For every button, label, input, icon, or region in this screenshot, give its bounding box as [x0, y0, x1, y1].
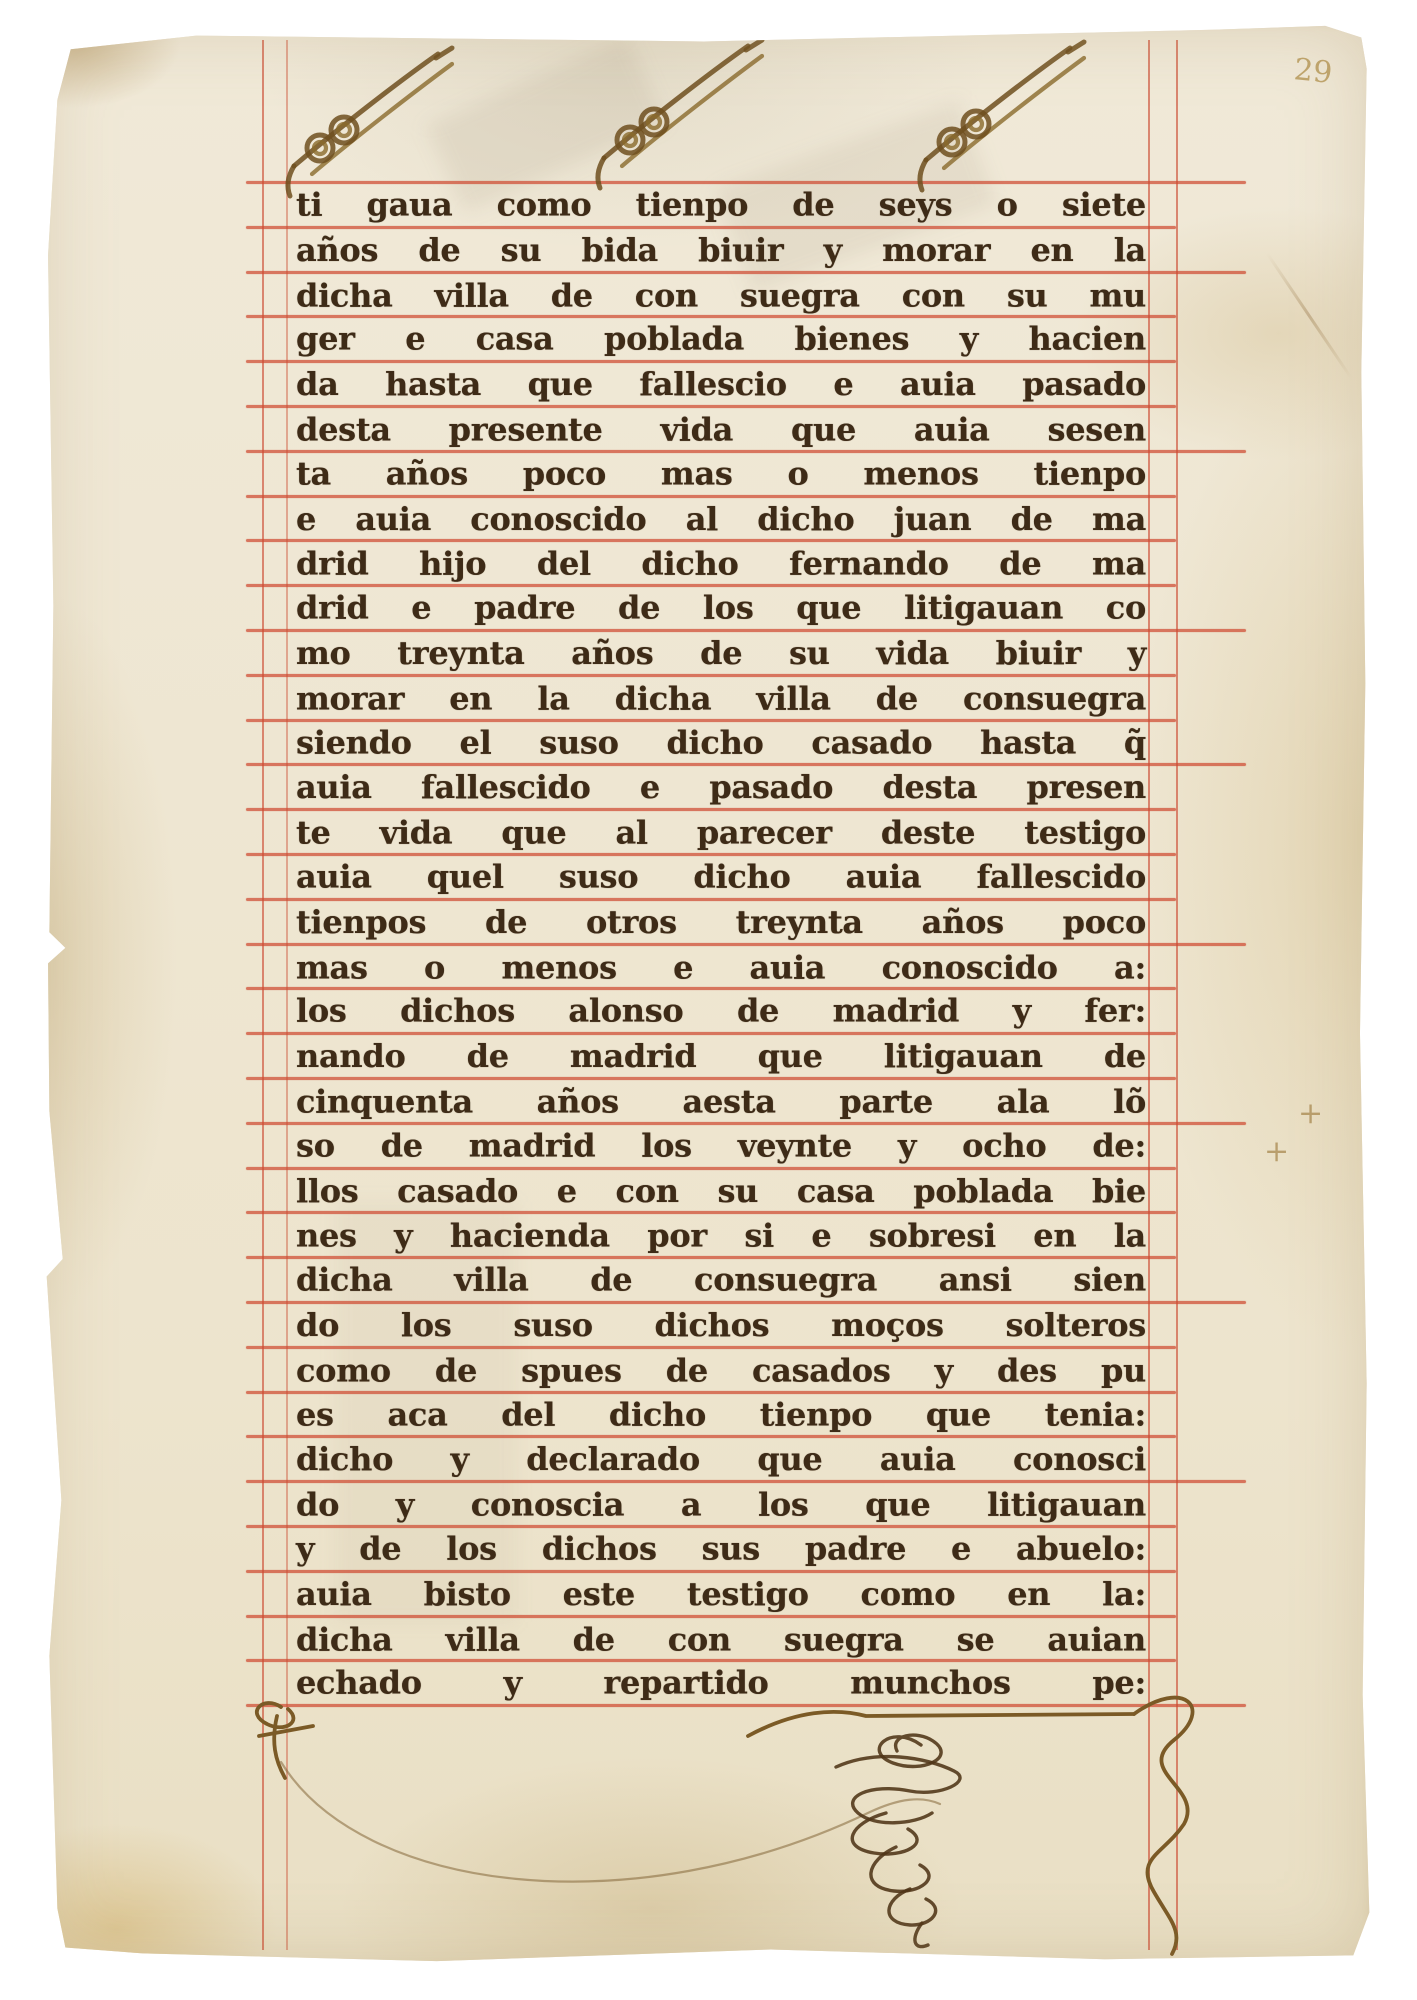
text-line: cinquenta años aesta parte ala lõ: [296, 1079, 1146, 1124]
pen-flourish-icon: [598, 40, 762, 188]
text-line: auia quel suso dicho auia fallescido: [296, 854, 1146, 899]
text-line: te vida que al parecer deste testigo: [296, 810, 1146, 855]
pen-flourish-icon: [288, 48, 452, 196]
text-line: drid hijo del dicho fernando de ma: [296, 541, 1146, 586]
text-line: nando de madrid que litigauan de: [296, 1033, 1146, 1078]
text-line: drid e padre de los que litigauan co: [296, 585, 1146, 630]
text-line: dicha villa de con suegra con su mu: [296, 272, 1146, 317]
text-line: so de madrid los veynte y ocho de:: [296, 1122, 1146, 1167]
pen-flourish-icon: [920, 42, 1084, 190]
text-line: auia fallescido e pasado desta presen: [296, 764, 1146, 809]
text-line: e auia conoscido al dicho juan de ma: [296, 496, 1146, 541]
text-line: años de su bida biuir y morar en la: [296, 227, 1146, 272]
text-line: mas o menos e auia conoscido a:: [296, 944, 1146, 989]
text-block: ti gaua como tienpo de seys o sieteaños …: [296, 182, 1146, 1705]
text-line: dicho y declarado que auia conosci: [296, 1436, 1146, 1481]
text-line: es aca del dicho tienpo que tenia:: [296, 1391, 1146, 1436]
text-line: siendo el suso dicho casado hasta q̃: [296, 719, 1146, 764]
text-line: morar en la dicha villa de consuegra: [296, 675, 1146, 720]
text-line: dicha villa de consuegra ansi sien: [296, 1257, 1146, 1302]
text-line: ti gaua como tienpo de seys o siete: [296, 182, 1146, 227]
text-line: do los suso dichos moços solteros: [296, 1302, 1146, 1347]
photo-background: { "page": { "folio_number": "29", "plus_…: [0, 0, 1417, 2000]
text-line: los dichos alonso de madrid y fer:: [296, 988, 1146, 1033]
text-line: mo treynta años de su vida biuir y: [296, 630, 1146, 675]
margin-plus-mark: +: [1298, 1096, 1323, 1131]
pen-trial-bottom-center: [836, 1735, 960, 1946]
pen-stroke-horizontal: [748, 1712, 1134, 1736]
text-line: ta años poco mas o menos tienpo: [296, 450, 1146, 495]
text-line: ger e casa poblada bienes y hacien: [296, 316, 1146, 361]
text-line: nes y hacienda por si e sobresi en la: [296, 1213, 1146, 1258]
text-line: y de los dichos sus padre e abuelo:: [296, 1526, 1146, 1571]
text-line: auia bisto este testigo como en la:: [296, 1571, 1146, 1616]
text-line: como de spues de casados y des pu: [296, 1347, 1146, 1392]
text-line: desta presente vida que auia sesen: [296, 407, 1146, 452]
pen-trial-bottom-left: [257, 1703, 940, 1882]
parchment-crease: [1266, 252, 1352, 378]
text-line: llos casado e con su casa poblada bie: [296, 1168, 1146, 1213]
text-line: tienpos de otros treynta años poco: [296, 899, 1146, 944]
text-line: da hasta que fallescio e auia pasado: [296, 361, 1146, 406]
manuscript-page: ti gaua como tienpo de seys o sieteaños …: [36, 22, 1372, 1967]
pen-squiggle-right: [1134, 1698, 1193, 1954]
folio-number: 29: [1292, 52, 1334, 91]
bottom-pen-trials: [36, 1652, 1372, 1982]
text-line: do y conoscia a los que litigauan: [296, 1482, 1146, 1527]
margin-plus-mark: +: [1264, 1134, 1289, 1169]
